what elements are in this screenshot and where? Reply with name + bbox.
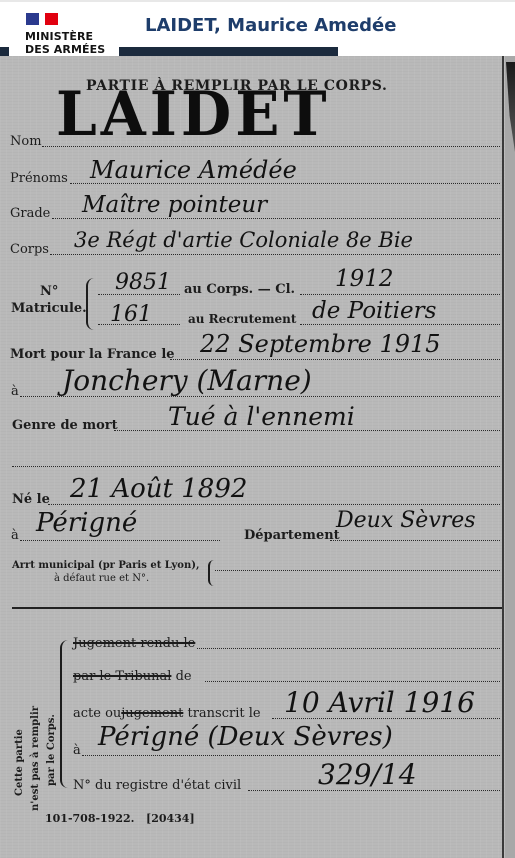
departement-value: Deux Sèvres [336, 508, 476, 533]
mort-pour-la-france-label: Mort pour la France le [10, 347, 175, 362]
tribunal-label: par le Tribunal de [73, 669, 192, 684]
departement-label: Département [244, 528, 340, 543]
recrutement-dotted-line [300, 324, 500, 325]
transcrit-suffix: transcrit le [187, 706, 260, 721]
jugement-dotted-line [197, 648, 500, 649]
classe-value: 1912 [335, 266, 394, 292]
lieu-naissance-label: à [11, 528, 19, 543]
lieu-deces-label: à [11, 384, 19, 399]
transcrit-value: 10 Avril 1916 [284, 686, 475, 719]
matricule-corps-label: au Corps. — Cl. [184, 282, 295, 297]
tribunal-de-text: de [176, 669, 192, 684]
arrondissement-label-line2: à défaut rue et N°. [54, 573, 149, 584]
scanned-record-image[interactable]: PARTIE À REMPLIR PAR LE CORPS. Nom LAIDE… [0, 56, 515, 858]
corps-label: Corps [10, 242, 49, 257]
arrondissement-dotted-line [215, 570, 500, 571]
logo-text-line1: MINISTÈRE [25, 31, 93, 43]
record-title: LAIDET, Maurice Amedée [145, 15, 396, 36]
tribunal-dotted-line [205, 681, 500, 682]
prenoms-label: Prénoms [10, 171, 68, 186]
transcrit-prefix: acte ou [73, 706, 121, 721]
matricule-no-label: N° [40, 284, 58, 299]
side-note-line1: Cette partie [14, 729, 25, 796]
ne-le-value: 21 Août 1892 [70, 474, 247, 504]
transcription-lieu-value: Périgné (Deux Sèvres) [98, 722, 393, 752]
page-edge [505, 56, 515, 858]
grade-value: Maître pointeur [82, 192, 267, 218]
logo-text-line2: DES ARMÉES [25, 44, 105, 56]
corps-dotted-line [50, 254, 500, 255]
site-header: MINISTÈRE DES ARMÉES LAIDET, Maurice Ame… [0, 0, 515, 56]
transcrit-struck: jugement [121, 706, 183, 721]
matricule-brace [86, 278, 94, 330]
lieu-naissance-dotted-line [20, 540, 220, 541]
classe-dotted-line [300, 294, 500, 295]
recrutement-label: au Recrutement [188, 312, 296, 326]
section-divider [12, 607, 502, 609]
form-reference-code: 101-708-1922. [20434] [45, 812, 195, 825]
grade-label: Grade [10, 206, 50, 221]
transcrit-label-text: acte oujugement transcrit le [73, 706, 261, 721]
header-top-line [0, 0, 515, 2]
blank-dotted-line [12, 466, 500, 467]
arrondissement-brace [208, 560, 214, 586]
nom-label: Nom [10, 134, 42, 149]
ministere-logo[interactable]: MINISTÈRE DES ARMÉES [9, 4, 119, 56]
genre-de-mort-label: Genre de mort [12, 418, 118, 433]
transcription-lieu-dotted-line [82, 755, 500, 756]
lieu-naissance-value: Périgné [36, 508, 137, 538]
side-note-line2: n'est pas à remplir [30, 706, 41, 811]
mort-dotted-line [170, 359, 500, 360]
tribunal-struck-text: par le Tribunal [73, 669, 171, 684]
ne-le-label: Né le [12, 492, 50, 507]
matricule-corps-value: 9851 [115, 270, 171, 295]
jugement-label: Jugement rendu le [73, 636, 195, 651]
side-note-line3: par le Corps. [46, 714, 57, 786]
prenoms-value: Maurice Amédée [90, 156, 297, 184]
arrondissement-label-line1: Arrt municipal (pr Paris et Lyon), [12, 560, 199, 571]
corps-value: 3e Régt d'artie Coloniale 8e Bie [74, 228, 413, 252]
form-right-border [502, 56, 504, 858]
matricule-label: Matricule. [11, 301, 87, 316]
nom-value: LAIDET [56, 83, 331, 146]
french-flag-icon [26, 13, 58, 25]
grade-dotted-line [52, 218, 500, 219]
section2-brace [60, 640, 68, 788]
lieu-deces-value: Jonchery (Marne) [62, 364, 312, 397]
matricule-recrutement-value: 161 [110, 302, 152, 327]
departement-dotted-line [330, 540, 500, 541]
genre-de-mort-value: Tué à l'ennemi [168, 402, 355, 431]
registre-value: 329/14 [318, 758, 417, 791]
ne-le-dotted-line [48, 504, 500, 505]
recrutement-place-value: de Poitiers [312, 298, 436, 324]
transcription-lieu-label: à [73, 743, 81, 758]
mort-pour-la-france-value: 22 Septembre 1915 [200, 330, 441, 358]
registre-label: N° du registre d'état civil [73, 778, 241, 793]
